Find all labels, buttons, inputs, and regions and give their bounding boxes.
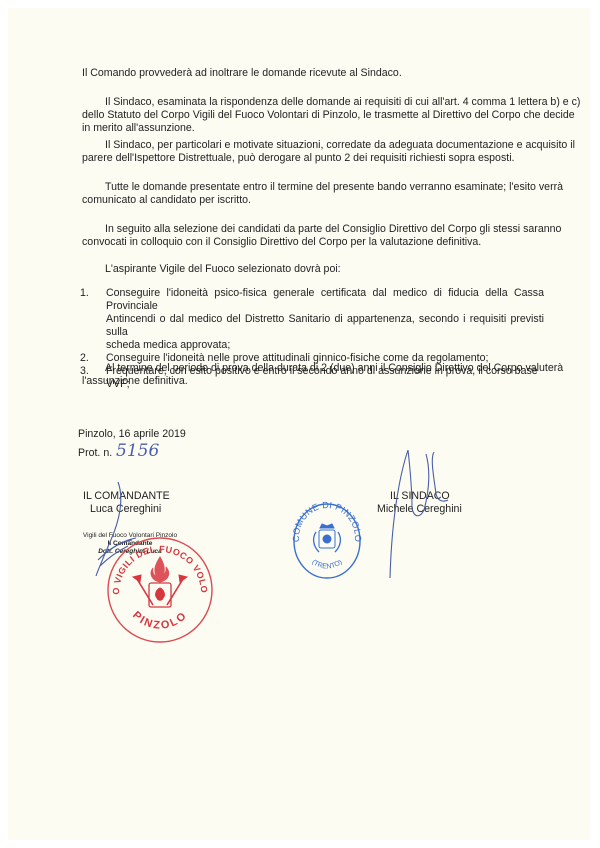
paragraph-forwarding: Il Comando provvederà ad inoltrare le do…	[82, 67, 542, 80]
municipality-bottom-text: (TRENTO)	[310, 559, 343, 571]
mayor-signature	[370, 448, 470, 583]
text-line: l'assunzione definitiva.	[82, 375, 542, 388]
municipality-stamp: COMUNE DI PINZOLO (TRENTO)	[292, 502, 362, 580]
protocol-label: Prot. n.	[78, 447, 112, 460]
text-line: Il Comando provvederà ad inoltrare le do…	[82, 67, 542, 80]
paragraph-mayor-review: Il Sindaco, esaminata la rispondenza del…	[82, 96, 542, 135]
text-line: dello Statuto del Corpo Vigili del Fuoco…	[82, 109, 542, 122]
paragraph-applications: Tutte le domande presentate entro il ter…	[82, 181, 542, 207]
paragraph-selection: In seguito alla selezione dei candidati …	[82, 223, 542, 249]
text-line: In seguito alla selezione dei candidati …	[82, 223, 542, 236]
svg-text:(TRENTO): (TRENTO)	[310, 559, 343, 571]
text-line: convocati in colloquio con il Consiglio …	[82, 236, 542, 249]
text-line: Conseguire l'idoneità psico-fisica gener…	[106, 287, 544, 313]
list-number: 1.	[80, 287, 89, 300]
paragraph-mayor-derogation: Il Sindaco, per particolari e motivate s…	[82, 139, 542, 165]
text-line: Antincendi o dal medico del Distretto Sa…	[106, 313, 544, 339]
text-line: Il Sindaco, per particolari e motivate s…	[82, 139, 542, 152]
list-item: 1. Conseguire l'idoneità psico-fisica ge…	[80, 287, 544, 352]
text-line: Il Sindaco, esaminata la rispondenza del…	[82, 96, 542, 109]
commander-signature	[80, 480, 150, 580]
text-line: Al termine del periodo di prova della du…	[82, 362, 542, 375]
stamp-bottom-text: PINZOLO	[130, 609, 190, 632]
coat-of-arms-icon	[314, 524, 341, 552]
svg-text:PINZOLO: PINZOLO	[130, 609, 190, 632]
text-line: comunicato al candidato per iscritto.	[82, 194, 542, 207]
text-line: L'aspirante Vigile del Fuoco selezionato…	[82, 263, 542, 276]
paragraph-closing: Al termine del periodo di prova della du…	[82, 362, 542, 388]
place-date: Pinzolo, 16 aprile 2019	[78, 428, 186, 441]
text-line: scheda medica approvata;	[106, 339, 544, 352]
text-line: in merito all'assunzione.	[82, 122, 542, 135]
paragraph-requirements-intro: L'aspirante Vigile del Fuoco selezionato…	[82, 263, 542, 276]
protocol-number: 5156	[116, 441, 159, 461]
text-line: parere dell'Ispettore Distrettuale, può …	[82, 152, 542, 165]
text-line: Tutte le domande presentate entro il ter…	[82, 181, 542, 194]
